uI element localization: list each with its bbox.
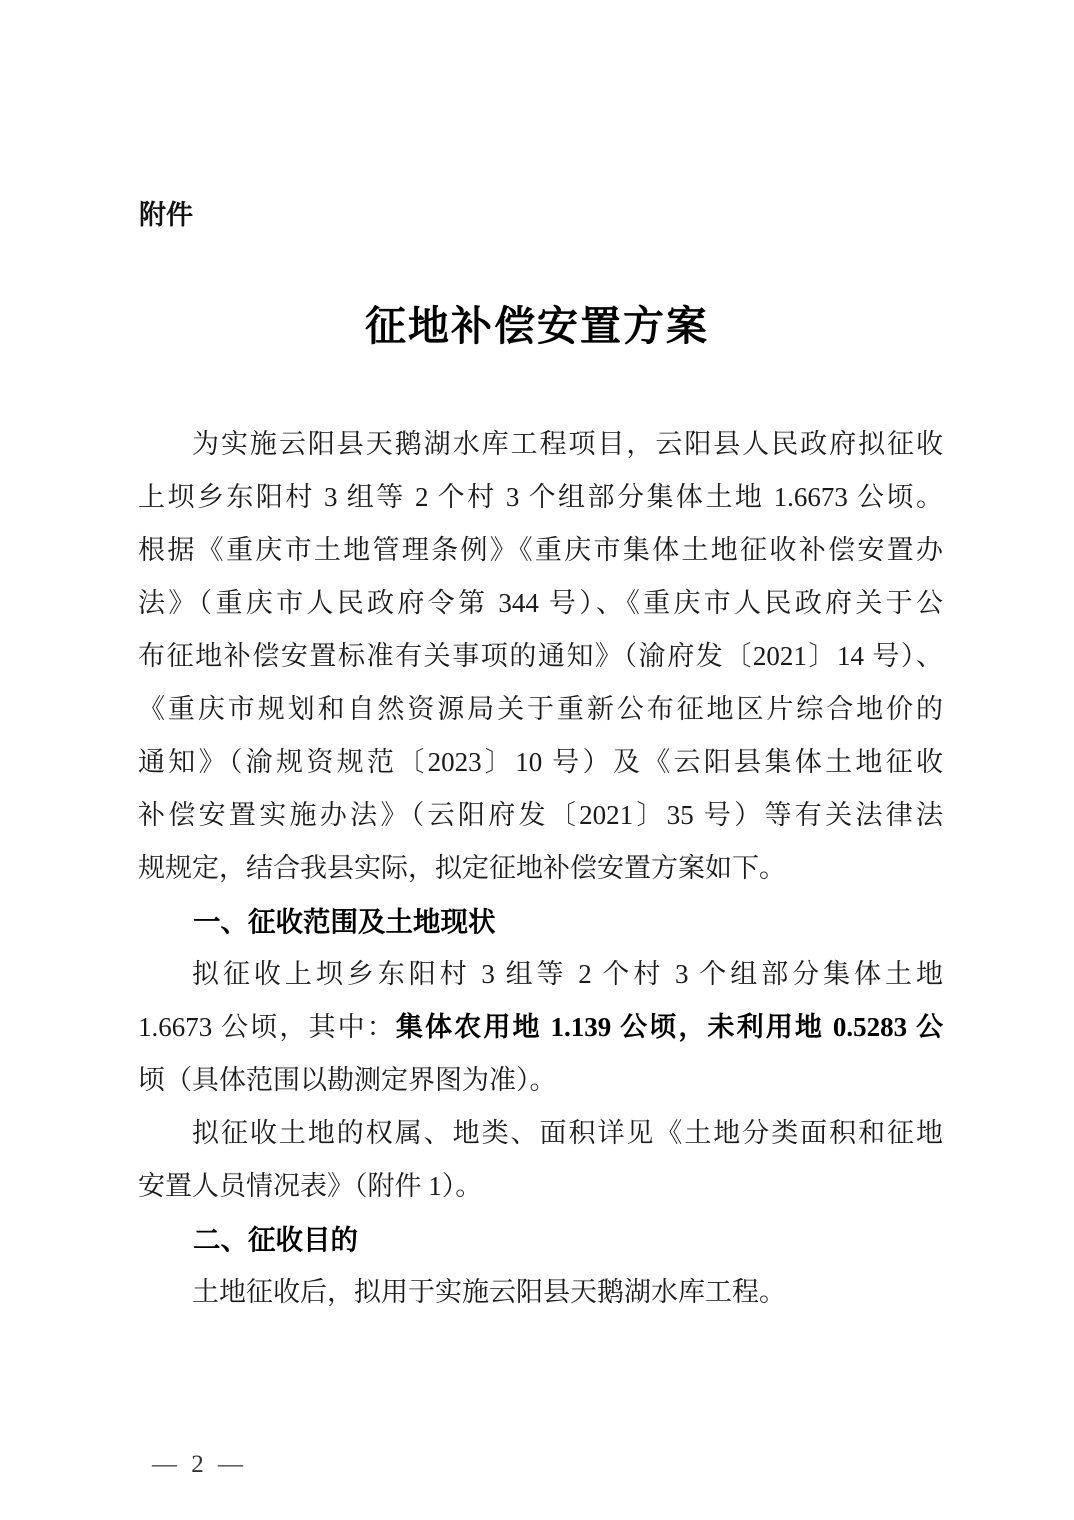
- document-line: 通知》（渝规资规范〔2023〕10 号）及《云阳县集体土地征收: [138, 736, 943, 789]
- document-line: 根据《重庆市土地管理条例》《重庆市集体土地征收补偿安置办: [138, 524, 943, 577]
- text-run: 规规定，结合我县实际，拟定征地补偿安置方案如下。: [138, 853, 786, 883]
- document-line: 拟征收土地的权属、地类、面积详见《土地分类面积和征地: [138, 1107, 943, 1160]
- page-title: 征地补偿安置方案: [0, 300, 1074, 352]
- text-run: 法》（重庆市人民政府令第 344 号）、《重庆市人民政府关于公: [138, 588, 943, 618]
- text-run: 二、征收目的: [193, 1224, 358, 1255]
- document-line: 安置人员情况表》（附件 1）。: [138, 1160, 943, 1213]
- text-run: 1.6673 公顷，其中：: [138, 1012, 396, 1042]
- text-run: 拟征收上坝乡东阳村 3 组等 2 个村 3 个组部分集体土地: [192, 959, 943, 989]
- text-run: 一、征收范围及土地现状: [193, 906, 496, 937]
- document-line: 法》（重庆市人民政府令第 344 号）、《重庆市人民政府关于公: [138, 577, 943, 630]
- section-heading: 一、征收范围及土地现状: [138, 895, 943, 948]
- text-run: 土地征收后，拟用于实施云阳县天鹅湖水库工程。: [192, 1277, 786, 1307]
- document-line: 顷（具体范围以勘测定界图为准）。: [138, 1054, 943, 1107]
- text-run: 《重庆市规划和自然资源局关于重新公布征地区片综合地价的: [138, 694, 943, 724]
- document-line: 上坝乡东阳村 3 组等 2 个村 3 个组部分集体土地 1.6673 公顷。: [138, 471, 943, 524]
- text-run: 根据《重庆市土地管理条例》《重庆市集体土地征收补偿安置办: [138, 535, 943, 565]
- document-line: 1.6673 公顷，其中：集体农用地 1.139 公顷，未利用地 0.5283 …: [138, 1001, 943, 1054]
- text-run: 集体农用地 1.139 公顷，未利用地 0.5283 公: [396, 1012, 943, 1042]
- text-run: 为实施云阳县天鹅湖水库工程项目，云阳县人民政府拟征收: [192, 429, 943, 459]
- text-run: 布征地补偿安置标准有关事项的通知》（渝府发〔2021〕14 号）、: [138, 641, 943, 671]
- document-line: 土地征收后，拟用于实施云阳县天鹅湖水库工程。: [138, 1266, 943, 1319]
- document-line: 拟征收上坝乡东阳村 3 组等 2 个村 3 个组部分集体土地: [138, 948, 943, 1001]
- document-page: 附件 征地补偿安置方案 为实施云阳县天鹅湖水库工程项目，云阳县人民政府拟征收上坝…: [0, 0, 1074, 1520]
- document-line: 为实施云阳县天鹅湖水库工程项目，云阳县人民政府拟征收: [138, 418, 943, 471]
- text-run: 拟征收土地的权属、地类、面积详见《土地分类面积和征地: [192, 1118, 943, 1148]
- text-run: 安置人员情况表》（附件 1）。: [138, 1171, 482, 1201]
- document-line: 规规定，结合我县实际，拟定征地补偿安置方案如下。: [138, 842, 943, 895]
- text-run: 补偿安置实施办法》（云阳府发〔2021〕35 号）等有关法律法: [138, 800, 943, 830]
- document-line: 《重庆市规划和自然资源局关于重新公布征地区片综合地价的: [138, 683, 943, 736]
- document-line: 布征地补偿安置标准有关事项的通知》（渝府发〔2021〕14 号）、: [138, 630, 943, 683]
- text-run: 上坝乡东阳村 3 组等 2 个村 3 个组部分集体土地 1.6673 公顷。: [138, 482, 943, 512]
- attachment-label: 附件: [139, 198, 193, 232]
- document-line: 补偿安置实施办法》（云阳府发〔2021〕35 号）等有关法律法: [138, 789, 943, 842]
- text-run: 顷（具体范围以勘测定界图为准）。: [138, 1065, 557, 1095]
- document-body: 为实施云阳县天鹅湖水库工程项目，云阳县人民政府拟征收上坝乡东阳村 3 组等 2 …: [138, 418, 943, 1319]
- text-run: 通知》（渝规资规范〔2023〕10 号）及《云阳县集体土地征收: [138, 747, 943, 777]
- section-heading: 二、征收目的: [138, 1213, 943, 1266]
- page-number: — 2 —: [152, 1448, 247, 1482]
